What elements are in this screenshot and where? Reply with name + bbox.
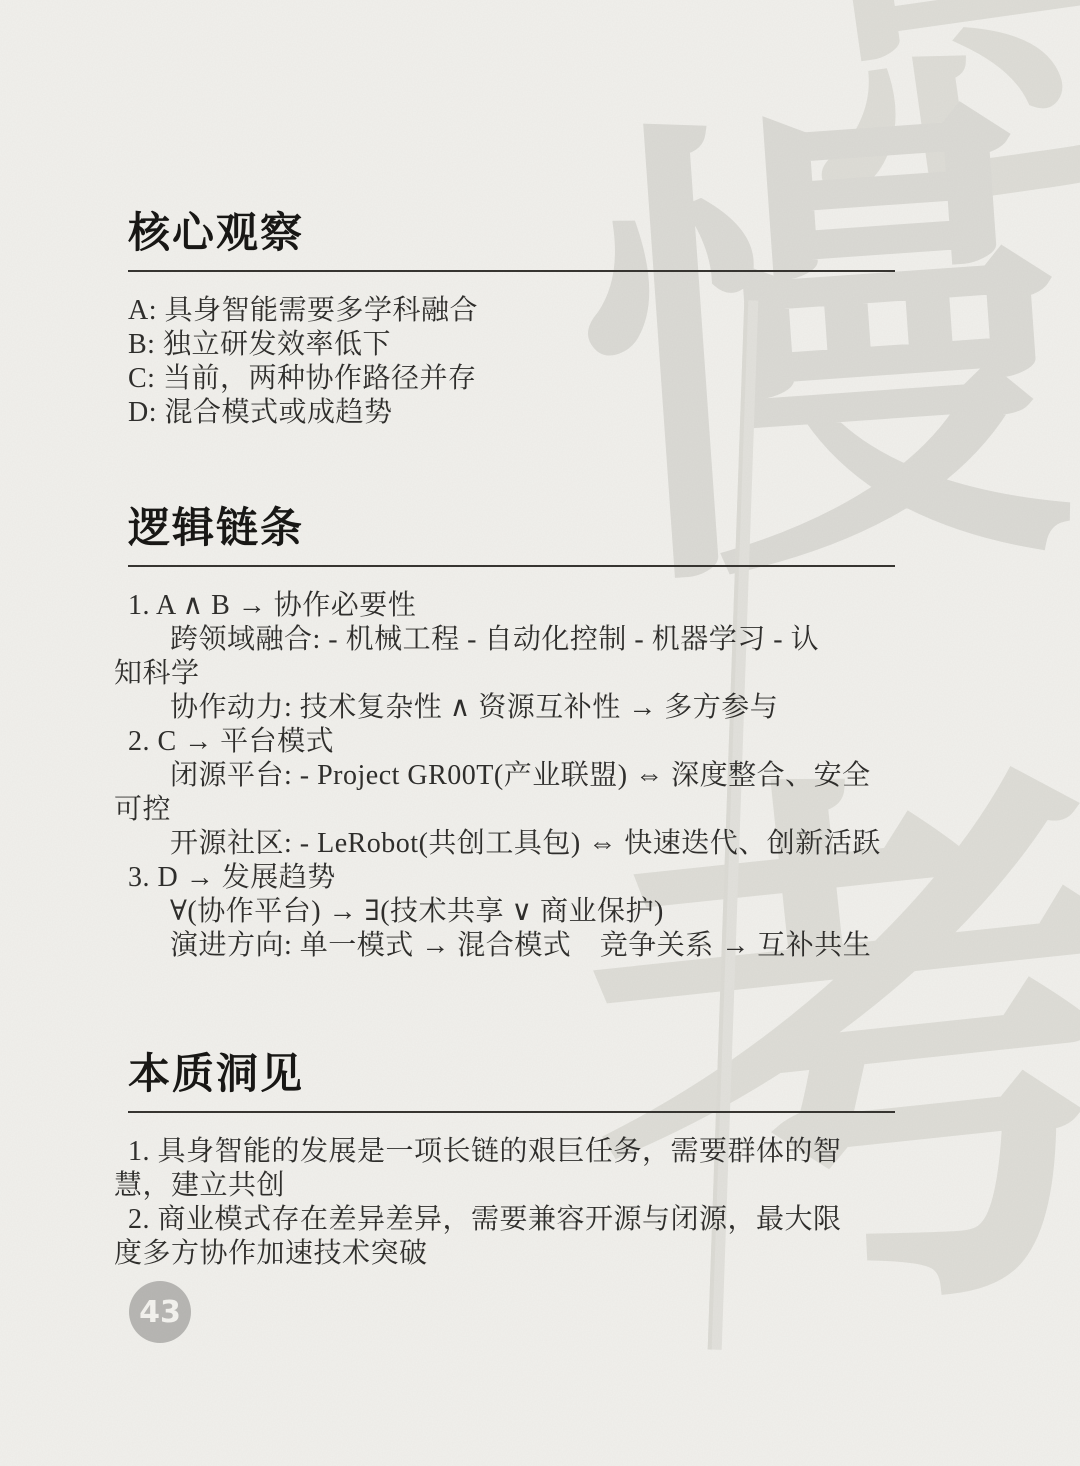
- logic-sub-closed: 闭源平台: - Project GR00T(产业联盟) ⇔ 深度整合、安全: [128, 761, 988, 791]
- logic-item-3: 3. D → 发展趋势: [128, 863, 988, 893]
- section-title-core-observation: 核心观察: [128, 210, 988, 258]
- section-logic-chain: 逻辑链条 1. A ∧ B → 协作必要性 跨领域融合: - 机械工程 - 自动…: [128, 505, 988, 961]
- observation-item-b: B: 独立研发效率低下: [128, 330, 988, 360]
- note-page: 思 慢 考 核心观察 A: 具身智能需要多学科融合 B: 独立研发效率低下 C:…: [0, 0, 1080, 1466]
- insight-item-2: 2. 商业模式存在差异差异，需要兼容开源与闭源，最大限: [128, 1205, 988, 1235]
- section-core-observation: 核心观察 A: 具身智能需要多学科融合 B: 独立研发效率低下 C: 当前，两种…: [128, 210, 988, 428]
- section-essential-insight: 本质洞见 1. 具身智能的发展是一项长链的艰巨任务，需要群体的智 慧，建立共创 …: [128, 1051, 988, 1269]
- note-content: 核心观察 A: 具身智能需要多学科融合 B: 独立研发效率低下 C: 当前，两种…: [128, 0, 988, 1273]
- page-number-badge: 43: [129, 1281, 191, 1343]
- logic-sub-open: 开源社区: - LeRobot(共创工具包) ⇔ 快速迭代、创新活跃: [128, 829, 988, 859]
- logic-sub-formula: ∀(协作平台) → ∃(技术共享 ∨ 商业保护): [128, 897, 988, 927]
- insight-wrap-2: 度多方协作加速技术突破: [114, 1239, 988, 1269]
- section-title-essential-insight: 本质洞见: [128, 1051, 988, 1099]
- observation-item-a: A: 具身智能需要多学科融合: [128, 296, 988, 326]
- logic-sub-evolution: 演进方向: 单一模式 → 混合模式 竞争关系 → 互补共生: [128, 931, 988, 961]
- section-title-logic-chain: 逻辑链条: [128, 505, 988, 553]
- logic-wrap-fusion: 知科学: [114, 659, 988, 689]
- logic-sub-motive: 协作动力: 技术复杂性 ∧ 资源互补性 → 多方参与: [128, 693, 988, 723]
- title-underline: [128, 1111, 895, 1113]
- logic-wrap-closed: 可控: [114, 795, 988, 825]
- logic-chain-list: 1. A ∧ B → 协作必要性 跨领域融合: - 机械工程 - 自动化控制 -…: [128, 591, 988, 961]
- logic-sub-fusion: 跨领域融合: - 机械工程 - 自动化控制 - 机器学习 - 认: [128, 625, 988, 655]
- insight-list: 1. 具身智能的发展是一项长链的艰巨任务，需要群体的智 慧，建立共创 2. 商业…: [128, 1137, 988, 1269]
- insight-wrap-1: 慧，建立共创: [114, 1171, 988, 1201]
- observation-item-c: C: 当前，两种协作路径并存: [128, 364, 988, 394]
- logic-item-1: 1. A ∧ B → 协作必要性: [128, 591, 988, 621]
- page-number: 43: [139, 1295, 181, 1330]
- logic-item-2: 2. C → 平台模式: [128, 727, 988, 757]
- observation-item-d: D: 混合模式或成趋势: [128, 398, 988, 428]
- title-underline: [128, 565, 895, 567]
- insight-item-1: 1. 具身智能的发展是一项长链的艰巨任务，需要群体的智: [128, 1137, 988, 1167]
- title-underline: [128, 270, 895, 272]
- core-observation-list: A: 具身智能需要多学科融合 B: 独立研发效率低下 C: 当前，两种协作路径并…: [128, 296, 988, 428]
